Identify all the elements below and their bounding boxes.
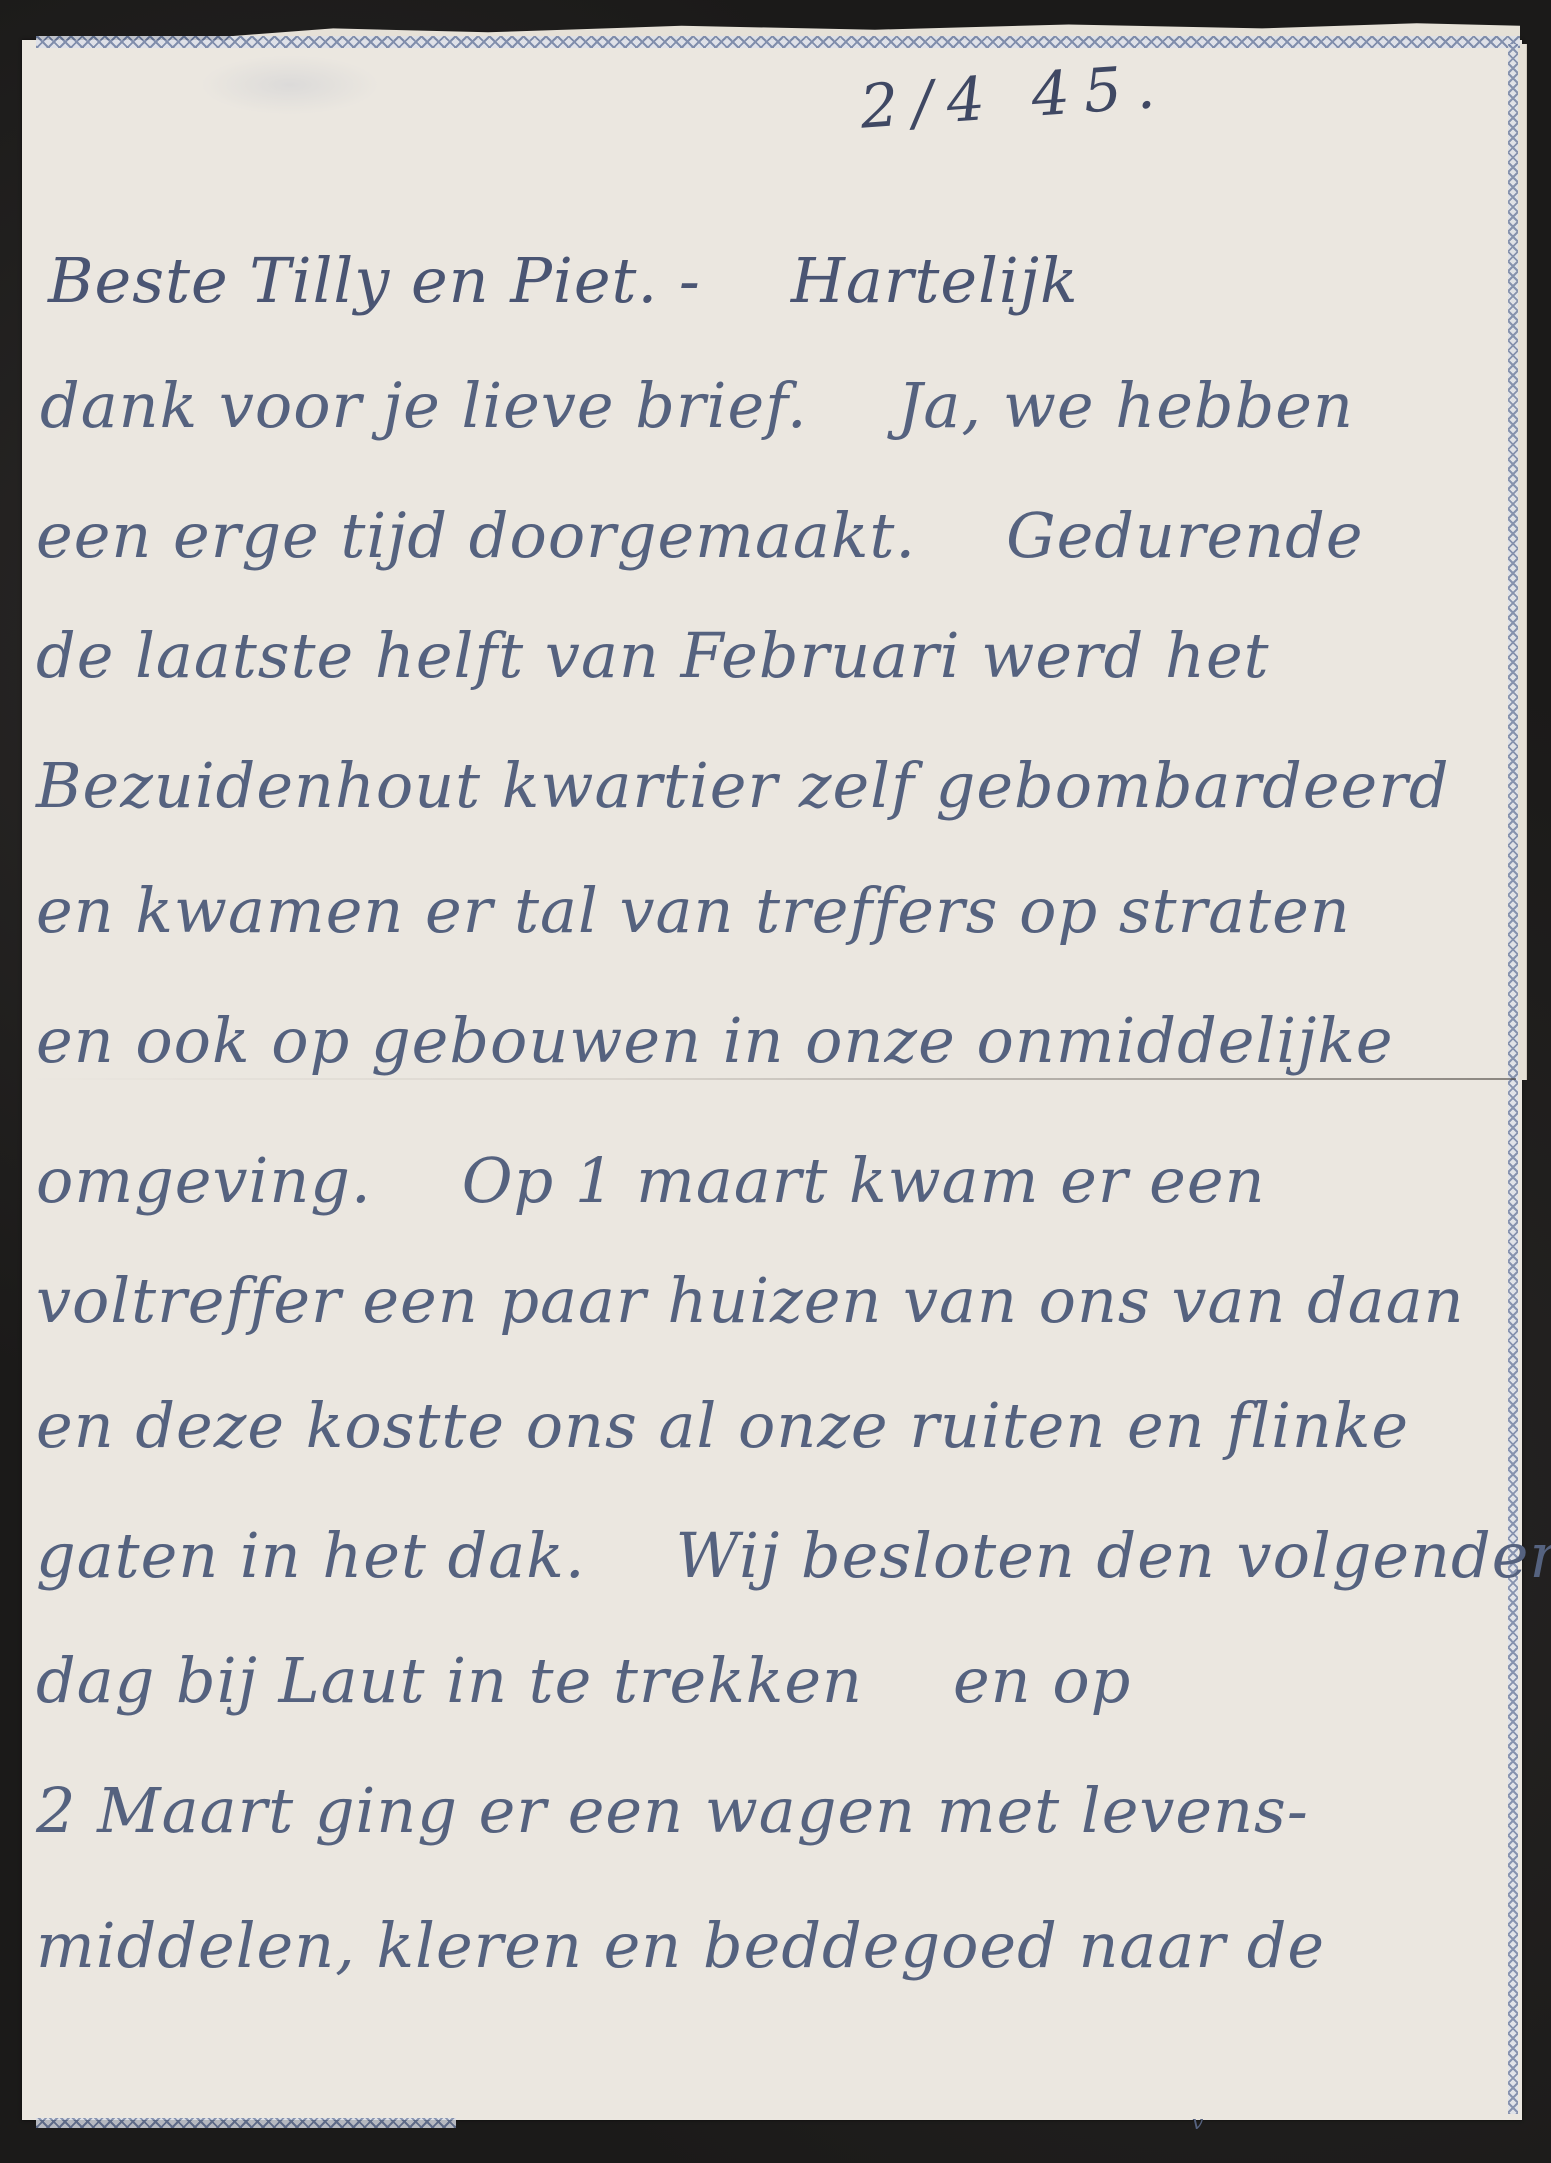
line-segment: Op 1 maart kwam er een [462, 1144, 1266, 1217]
letter-line-7: en ook op gebouwen in onze onmiddelijke [36, 1010, 1394, 1072]
line-segment: 2 Maart ging er een wagen met levens- [36, 1774, 1309, 1847]
line-segment: en ook op gebouwen in onze onmiddelijke [36, 1004, 1394, 1077]
line-segment: Ja, we hebben [898, 369, 1354, 442]
letter-date: 2/4 45. [858, 51, 1171, 142]
letter-line-8: omgeving.Op 1 maart kwam er een [36, 1150, 1266, 1212]
line-segment: dag bij Laut in te trekken [36, 1644, 863, 1717]
letter-line-5: Bezuidenhout kwartier zelf gebombardeerd [36, 755, 1450, 817]
letter-line-11: gaten in het dak.Wij besloten den volgen… [36, 1525, 1551, 1587]
handwritten-letter: 2/4 45. Beste Tilly en Piet. -Hartelijk … [0, 0, 1551, 2163]
letter-line-3: een erge tijd doorgemaakt.Gedurende [36, 505, 1364, 567]
letter-line-13: 2 Maart ging er een wagen met levens- [36, 1780, 1309, 1842]
letter-line-1: Beste Tilly en Piet. -Hartelijk [48, 250, 1079, 312]
page-tick-mark: v [1192, 2110, 1203, 2134]
line-segment: en op [953, 1644, 1131, 1717]
line-segment: dank voor je lieve brief. [40, 369, 808, 442]
line-segment: en kwamen er tal van treffers op straten [36, 874, 1351, 947]
line-segment: Bezuidenhout kwartier zelf gebombardeerd [36, 749, 1450, 822]
line-segment: omgeving. [36, 1144, 372, 1217]
line-segment: voltreffer een paar huizen van ons van d… [36, 1264, 1465, 1337]
letter-line-12: dag bij Laut in te trekkenen op [36, 1650, 1131, 1712]
line-segment: gaten in het dak. [36, 1519, 586, 1592]
line-segment: de laatste helft van Februari werd het [36, 619, 1270, 692]
line-segment: en deze kostte ons al onze ruiten en fli… [36, 1389, 1409, 1462]
letter-line-6: en kwamen er tal van treffers op straten [36, 880, 1351, 942]
salutation: Beste Tilly en Piet. - [48, 244, 701, 317]
letter-line-4: de laatste helft van Februari werd het [36, 625, 1270, 687]
letter-line-9: voltreffer een paar huizen van ons van d… [36, 1270, 1465, 1332]
line-segment: Hartelijk [791, 244, 1079, 317]
letter-line-14: middelen, kleren en beddegoed naar de [36, 1915, 1325, 1977]
line-segment: een erge tijd doorgemaakt. [36, 499, 916, 572]
line-segment: middelen, kleren en beddegoed naar de [36, 1909, 1325, 1982]
line-segment: Gedurende [1006, 499, 1363, 572]
line-segment: Wij besloten den volgenden [676, 1519, 1551, 1592]
letter-line-2: dank voor je lieve brief.Ja, we hebben [40, 375, 1354, 437]
letter-line-10: en deze kostte ons al onze ruiten en fli… [36, 1395, 1409, 1457]
